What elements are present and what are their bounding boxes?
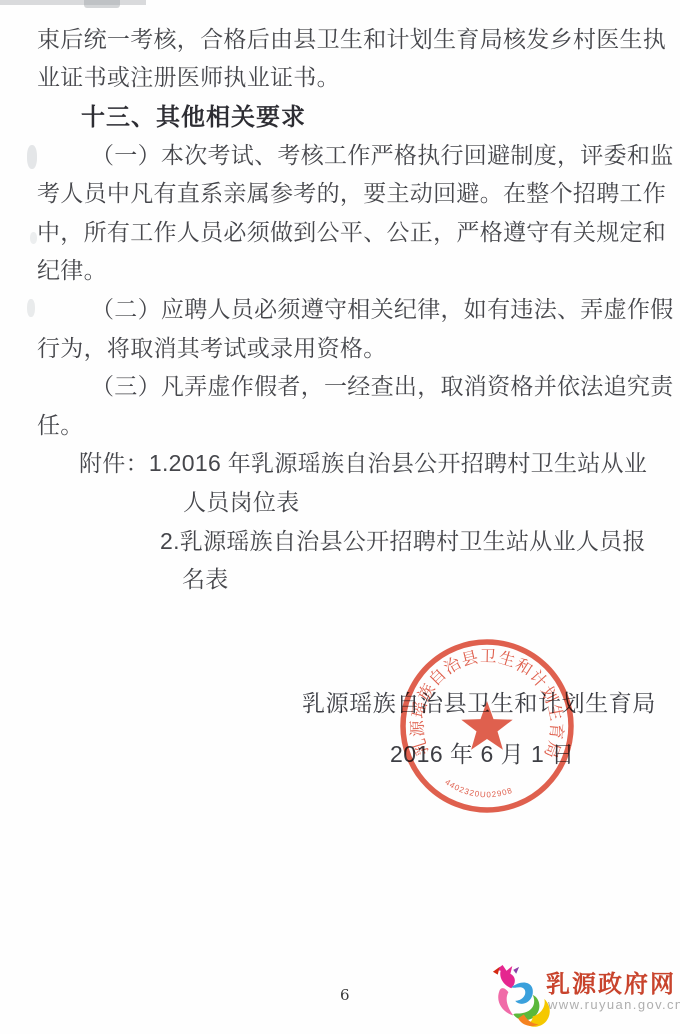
doc-line: （三）凡弄虚作假者，一经查出，取消资格并依法追究责 <box>37 365 663 404</box>
section-heading: 十三、其他相关要求 <box>37 95 663 134</box>
doc-line: 束后统一考核，合格后由县卫生和计划生育局核发乡村医生执 <box>37 18 663 57</box>
document-body: 束后统一考核，合格后由县卫生和计划生育局核发乡村医生执 业证书或注册医师执业证书… <box>37 18 663 597</box>
doc-line: 纪律。 <box>37 250 663 289</box>
official-stamp-icon: 乳源瑶族自治县卫生和计划生育局 4402320U02908 <box>398 637 576 815</box>
doc-line: （一）本次考试、考核工作严格执行回避制度，评委和监 <box>37 134 663 173</box>
scan-smudge <box>27 145 37 169</box>
doc-line: 中，所有工作人员必须做到公平、公正，严格遵守有关规定和 <box>37 211 663 250</box>
scanned-document-page: 束后统一考核，合格后由县卫生和计划生育局核发乡村医生执 业证书或注册医师执业证书… <box>0 0 680 1034</box>
doc-line: 业证书或注册医师执业证书。 <box>37 57 663 96</box>
doc-line: 行为，将取消其考试或录用资格。 <box>37 327 663 366</box>
doc-line: 考人员中凡有直系亲属参考的，要主动回避。在整个招聘工作 <box>37 172 663 211</box>
dragon-logo-icon <box>490 960 554 1032</box>
scan-smudge <box>27 299 35 317</box>
page-number: 6 <box>340 986 350 1004</box>
scan-smudge <box>0 0 146 5</box>
stamp-serial: 4402320U02908 <box>443 777 514 799</box>
svg-text:4402320U02908: 4402320U02908 <box>443 777 514 799</box>
attachment-line: 附件：1.2016 年乳源瑶族自治县公开招聘村卫生站从业 <box>37 443 663 482</box>
scan-smudge <box>84 0 120 8</box>
scan-smudge <box>30 232 37 244</box>
site-logo: 乳源政府网 www.ruyuan.gov.cn <box>488 956 680 1032</box>
attachment-line: 人员岗位表 <box>37 481 663 520</box>
attachment-line: 名表 <box>37 558 663 597</box>
attachment-line: 2.乳源瑶族自治县公开招聘村卫生站从业人员报 <box>37 520 663 559</box>
doc-line: （二）应聘人员必须遵守相关纪律，如有违法、弄虚作假 <box>37 288 663 327</box>
site-name: 乳源政府网 <box>546 964 676 999</box>
stamp-star-icon <box>461 701 512 750</box>
site-url: www.ruyuan.gov.cn <box>548 997 680 1012</box>
doc-line: 任。 <box>37 404 663 443</box>
